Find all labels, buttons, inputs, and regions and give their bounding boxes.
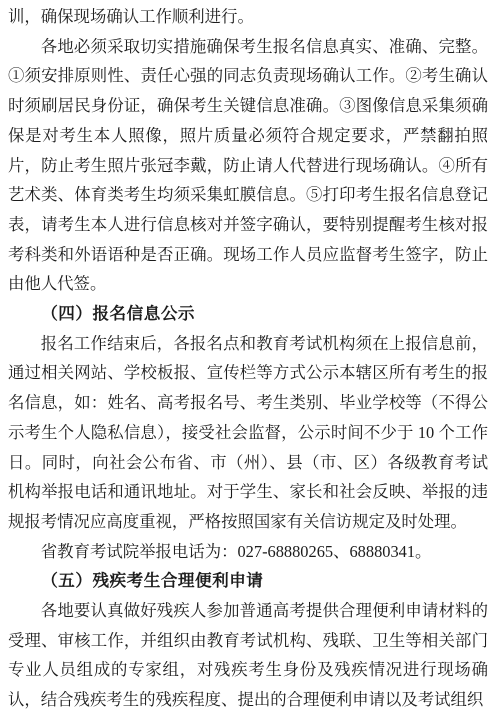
paragraph-training-continued: 训，确保现场确认工作顺利进行。 xyxy=(8,2,488,32)
document-page: 训，确保现场确认工作顺利进行。 各地必须采取切实措施确保考生报名信息真实、准确、… xyxy=(0,0,497,713)
paragraph-report-hotline: 省教育考试院举报电话为：027-68880265、68880341。 xyxy=(8,537,488,567)
section-heading-disabled-convenience: （五）残疾考生合理便利申请 xyxy=(8,566,488,596)
paragraph-registration-info-accuracy: 各地必须采取切实措施确保考生报名信息真实、准确、完整。①须安排原则性、责任心强的… xyxy=(8,32,488,299)
paragraph-disabled-application: 各地要认真做好残疾人参加普通高考提供合理便利申请材料的受理、审核工作，并组织由教… xyxy=(8,596,488,713)
section-heading-info-publicity: （四）报名信息公示 xyxy=(8,299,488,329)
paragraph-public-notice: 报名工作结束后，各报名点和教育考试机构须在上报信息前，通过相关网站、学校板报、宣… xyxy=(8,329,488,537)
